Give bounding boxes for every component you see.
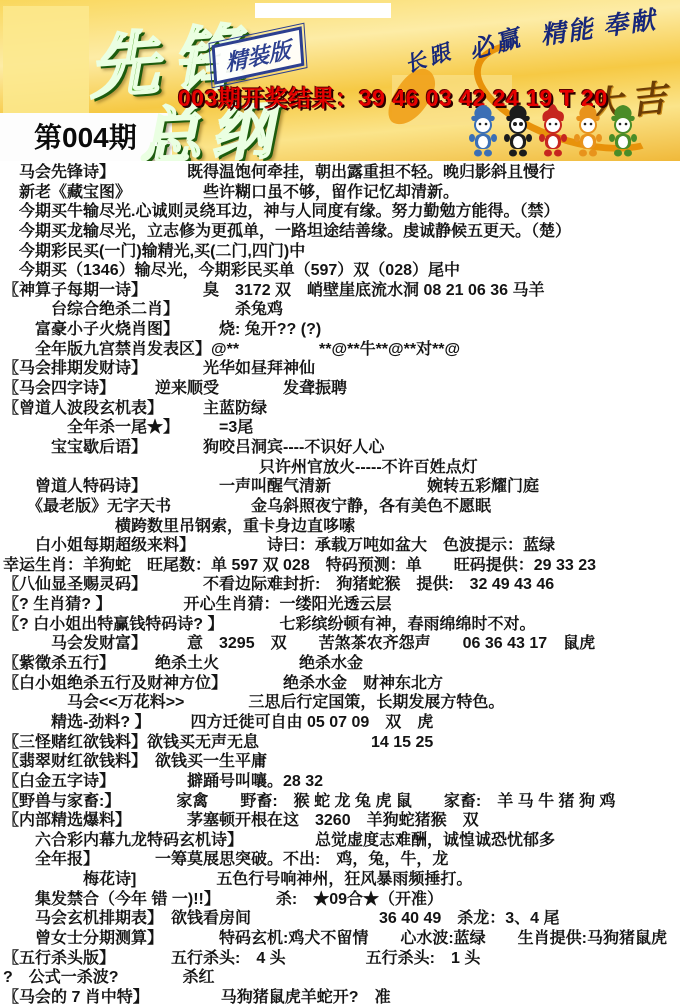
report-line: 马会发财富】 意 3295 双 苦煞茶农齐怨声 06 36 43 17 鼠虎: [3, 634, 680, 654]
slogan-jingneng: 精能 奉献: [538, 0, 659, 52]
mascot-row: [468, 104, 638, 158]
report-line: 六合彩内幕九龙特码玄机诗】 总觉虚度志难酬，诚惶诚恐忧郁多: [3, 831, 680, 851]
report-line: 台综合绝杀二肖】 杀兔鸡: [3, 300, 680, 320]
report-line: 横跨数里吊钢索，重卡身边直哆嗦: [3, 517, 680, 537]
report-line: 马会玄机排期表】 欲钱看房间 36 40 49 杀龙：3、4 尾: [3, 909, 680, 929]
mascot-nini-green-icon: [608, 104, 638, 158]
report-line: 白小姐每期超级来料】 诗曰：承载万吨如盆大 色波提示：蓝绿: [3, 536, 680, 556]
blank-strip: [255, 3, 391, 18]
report-line: 全年杀一尾★】 =3尾: [3, 418, 680, 438]
edition-badge-label: 精装版: [225, 33, 292, 78]
report-line: 〖? 生肖猜? 】 开心生肖猜：一缕阳光透云层: [3, 595, 680, 615]
report-line: 〖曾道人波段玄机表】 主蓝防绿: [3, 399, 680, 419]
report-line: 今期买牛输尽光.心诚则灵绕耳边，神与人同度有缘。努力勤勉方能得。（禁）: [3, 202, 680, 222]
report-line: 〖神算子每期一诗】 臭 3172 双 峭壁崖底流水洞 08 21 06 36 马…: [3, 281, 680, 301]
report-line: 〖紫徵杀五行】 绝杀土火 绝杀水金: [3, 654, 680, 674]
mascot-jingjing-panda-icon: [503, 104, 533, 158]
report-line: 宝宝歇后语】 狗咬吕洞宾----不识好人心: [3, 438, 680, 458]
mascot-beibei-blue-icon: [468, 104, 498, 158]
report-line: 《最老版》无字天书 金乌斜照夜宁静，各有美色不愿眠: [3, 497, 680, 517]
report-line: 全年版九宫禁肖发表区】@** **@**牛**@**对**@: [3, 340, 680, 360]
report-line: 集发禁合（今年 错 一)!!】 杀: ★09合★（开准）: [3, 890, 680, 910]
report-line: 〖马会排期发财诗】 光华如昼拜神仙: [3, 359, 680, 379]
issue-number: 第004期: [34, 116, 137, 156]
report-line: 新老《藏宝图》 些许糊口虽不够，留作记忆却清新。: [3, 183, 680, 203]
report-line: 〖翡翠财红欲钱料】 欲钱买一生平庸: [3, 752, 680, 772]
report-line: 〖白小姐绝杀五行及财神方位】 绝杀水金 财神东北方: [3, 674, 680, 694]
gold-panel: [3, 6, 89, 120]
report-line: 〖内部精选爆料】 茅塞顿开根在这 3260 羊狗蛇猪猴 双: [3, 811, 680, 831]
report-line: 曾道人特码诗】 一声叫醒气清新 婉转五彩耀门庭: [3, 477, 680, 497]
report-line: 马会<<万花料>> 三思后行定国策，长期发展方特色。: [3, 693, 680, 713]
masthead: 先锋 总纲 精装版 长跟 必赢 精能 奉献 大吉 003期开奖结果：39 46 …: [0, 0, 680, 161]
report-line: 幸运生肖：羊狗蛇 旺尾数：单 597 双 028 特码预测：单 旺码提供：29 …: [3, 556, 680, 576]
report-line: 〖八仙显圣赐灵码】 不看边际难封折: 狗猪蛇猴 提供: 32 49 43 46: [3, 575, 680, 595]
report-line: 〖? 白小姐出特赢钱特码诗? 】 七彩缤纷顿有神，春雨绵绵时不对。: [3, 615, 680, 635]
report-line: 梅花诗] 五色行号响神州，狂风暴雨频捶打。: [3, 870, 680, 890]
report-line: 〖马会的 7 肖中特】 马狗猪鼠虎羊蛇开? 准: [3, 988, 680, 1008]
report-line: 〖马会四字诗】 逆来顺受 发聋振聘: [3, 379, 680, 399]
report-line: 今期彩民买(一门)输精光,买(二门,四门)中: [3, 242, 680, 262]
report-line: 〖白金五字诗】 擗踊号叫嚷。28 32: [3, 772, 680, 792]
report-line: 马会先锋诗】 既得温饱何牵挂，朝出露重担不轻。晚归影斜且慢行: [3, 163, 680, 183]
report-line: 〖野兽与家畜:】 家禽 野畜: 猴 蛇 龙 兔 虎 鼠 家畜: 羊 马 牛 猪 …: [3, 792, 680, 812]
mascot-huanhuan-red-icon: [538, 104, 568, 158]
report-line: 精选-劲料? 】 四方迁徙可自由 05 07 09 双 虎: [3, 713, 680, 733]
report-line: ? 公式一杀波? 杀红: [3, 968, 680, 988]
mascot-yingying-orange-icon: [573, 104, 603, 158]
lottery-tip-sheet: 先锋 总纲 精装版 长跟 必赢 精能 奉献 大吉 003期开奖结果：39 46 …: [0, 0, 680, 1008]
tips-report: 马会先锋诗】 既得温饱何牵挂，朝出露重担不轻。晚归影斜且慢行 新老《藏宝图》 些…: [0, 161, 680, 1008]
slogan-changgen: 长跟: [401, 35, 458, 79]
report-line: 只许州官放火-----不许百姓点灯: [3, 458, 680, 478]
report-line: 今期买（1346）输尽光，今期彩民买单（597）双（028）尾中: [3, 261, 680, 281]
report-line: 富豪小子火烧肖图】 烧: 兔开?? (?): [3, 320, 680, 340]
report-line: 〖五行杀头版】 五行杀头: 4 头 五行杀头: 1 头: [3, 949, 680, 969]
report-line: 全年报】 一筹莫展思突破。不出: 鸡，兔，牛，龙: [3, 850, 680, 870]
report-line: 曾女士分期测算】 特码玄机:鸡犬不留情 心水波:蓝绿 生肖提供:马狗猪鼠虎: [3, 929, 680, 949]
report-line: 〖三怪赌红欲钱料】欲钱买无声无息 14 15 25: [3, 733, 680, 753]
report-line: 今期买龙输尽光，立志修为更孤单，一路坦途结善缘。虔诚静候五更天。（楚）: [3, 222, 680, 242]
